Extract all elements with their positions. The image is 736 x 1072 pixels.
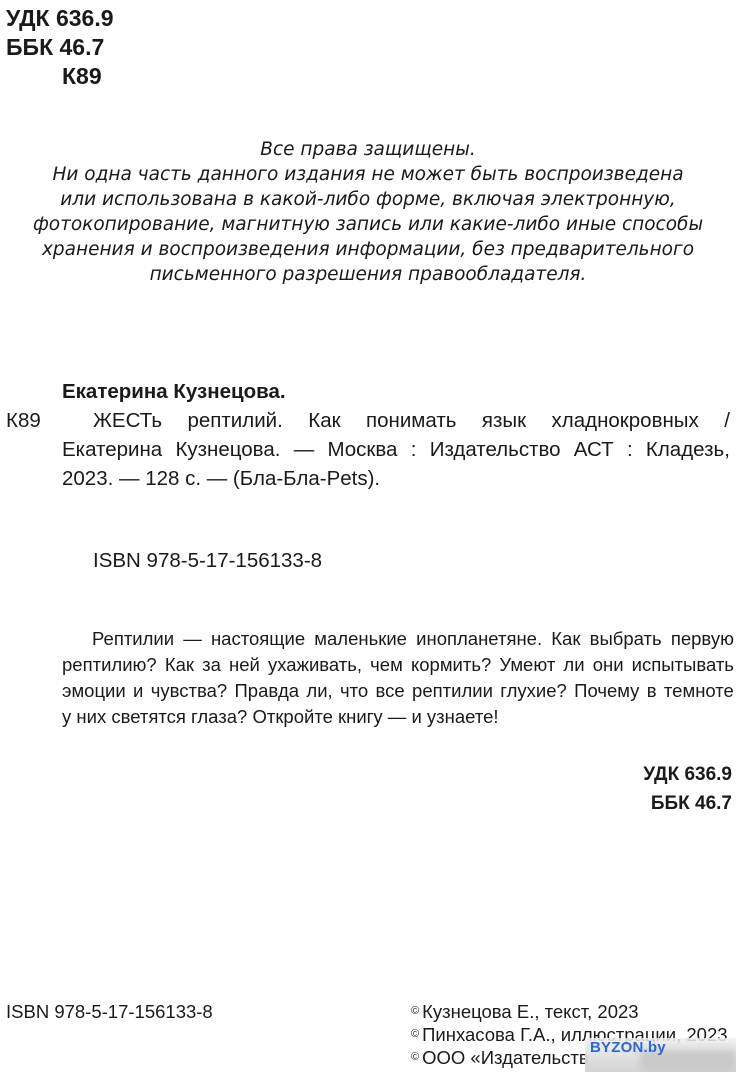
word: выбрать <box>590 626 662 652</box>
rights-line: или использована в какой-либо форме, вкл… <box>0 187 736 212</box>
word: — <box>183 626 202 652</box>
word: Как <box>551 626 580 652</box>
udk-code: УДК 636.9 <box>6 4 114 33</box>
word: чем <box>370 652 403 678</box>
word: маленькие <box>314 626 407 652</box>
word: рептилий. <box>187 406 282 435</box>
annotation: Рептилии—настоящиемаленькиеинопланетяне.… <box>62 626 734 730</box>
word: что <box>340 678 368 704</box>
watermark-logo: BYZON.by <box>590 1039 666 1056</box>
rights-notice: Все права защищены. Ни одна часть данног… <box>0 137 736 287</box>
word: эмоции <box>62 678 126 704</box>
word: хладнокровных <box>552 406 699 435</box>
copyright-icon: © <box>411 1028 419 1040</box>
bbk-code: ББК 46.7 <box>6 33 114 62</box>
rights-line: фотокопирование, магнитную запись или ка… <box>0 212 736 237</box>
word: ней <box>229 652 260 678</box>
word: они <box>593 652 624 678</box>
word: АСТ <box>574 435 614 464</box>
word: и <box>133 678 143 704</box>
word: Издательство <box>430 435 561 464</box>
word: Екатерина <box>62 435 162 464</box>
word: Кладезь, <box>646 435 730 464</box>
classification-codes-bottom: УДК 636.9 ББК 46.7 <box>643 760 732 818</box>
word: Как <box>165 652 194 678</box>
word: Почему <box>574 678 639 704</box>
word: ли, <box>306 678 332 704</box>
word: инопланетяне. <box>416 626 542 652</box>
copyright-icon: © <box>411 1051 419 1063</box>
rights-line: Все права защищены. <box>0 137 736 162</box>
word: рептилии <box>412 678 493 704</box>
author-heading: Екатерина Кузнецова. <box>62 377 286 406</box>
word: / <box>724 406 730 435</box>
word: рептилию? <box>62 652 157 678</box>
title-line: ЖЕСТьрептилий.Какпониматьязыкхладнокровн… <box>93 406 730 435</box>
classification-codes-top: УДК 636.9 ББК 46.7 К89 <box>6 4 114 91</box>
word: Правда <box>234 678 299 704</box>
copyright-text: ООО «Издательств <box>422 1047 589 1068</box>
word: ухаживать, <box>268 652 362 678</box>
annotation-line: у них светятся глаза? Откройте книгу — и… <box>62 704 734 730</box>
word: Рептилии <box>92 626 174 652</box>
word: кормить? <box>411 652 491 678</box>
word: первую <box>671 626 734 652</box>
word: язык <box>482 406 526 435</box>
word: темноте <box>664 678 734 704</box>
word: Как <box>308 406 340 435</box>
publisher-line: ЕкатеринаКузнецова.—Москва:ИздательствоА… <box>62 435 730 464</box>
word: понимать <box>366 406 456 435</box>
word: настоящие <box>211 626 305 652</box>
copyright-line: ©Кузнецова Е., текст, 2023 <box>411 1000 728 1023</box>
bbk-code-bottom: ББК 46.7 <box>643 789 732 818</box>
copyright-icon: © <box>411 1005 419 1017</box>
word: чувства? <box>151 678 227 704</box>
udk-code-bottom: УДК 636.9 <box>643 760 732 789</box>
word: Кузнецова. <box>175 435 280 464</box>
rights-line: Ни одна часть данного издания не может б… <box>0 162 736 187</box>
word: глухие? <box>500 678 567 704</box>
book-imprint-page: УДК 636.9 ББК 46.7 К89 Все права защищен… <box>0 0 736 1072</box>
word: Умеют <box>499 652 555 678</box>
year-pages-series-line: 2023. — 128 с. — (Бла-Бла-Pets). <box>62 464 380 493</box>
isbn-main: ISBN 978-5-17-156133-8 <box>93 546 322 575</box>
word: Москва <box>327 435 397 464</box>
isbn-footer: ISBN 978-5-17-156133-8 <box>6 1000 213 1024</box>
word: ли <box>563 652 584 678</box>
word: все <box>376 678 405 704</box>
word: за <box>202 652 221 678</box>
annotation-line: Рептилии—настоящиемаленькиеинопланетяне.… <box>62 626 734 652</box>
word: в <box>647 678 657 704</box>
annotation-line: эмоцииичувства?Правдали,чтовсерептилиигл… <box>62 678 734 704</box>
word: испытывать <box>632 652 734 678</box>
copyright-text: Кузнецова Е., текст, 2023 <box>422 1001 638 1022</box>
word: — <box>294 435 315 464</box>
author-mark: К89 <box>6 62 114 91</box>
word: : <box>627 435 633 464</box>
word: : <box>411 435 417 464</box>
rights-line: письменного разрешения правообладателя. <box>0 262 736 287</box>
word: ЖЕСТь <box>93 406 162 435</box>
author-mark-code: К89 <box>6 406 41 435</box>
rights-line: хранения и воспроизведения информации, б… <box>0 237 736 262</box>
annotation-line: рептилию?Какзанейухаживать,чемкормить?Ум… <box>62 652 734 678</box>
